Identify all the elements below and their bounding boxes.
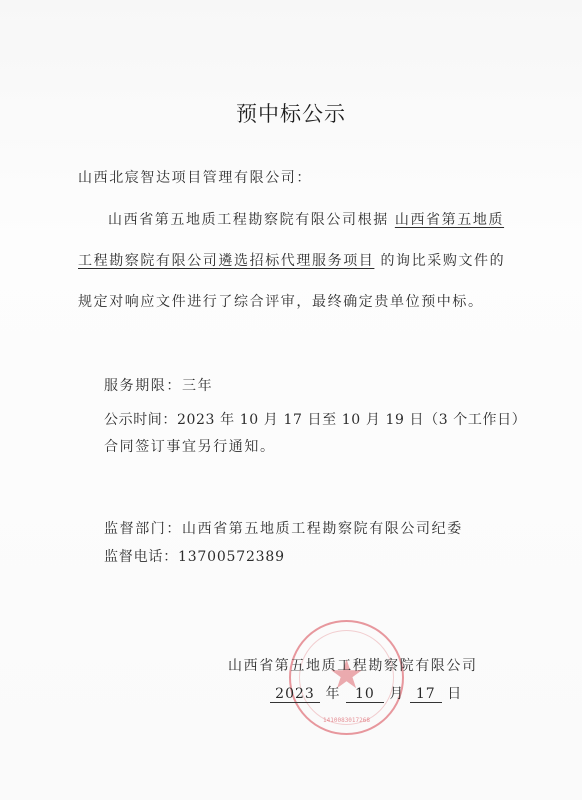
- body-line-1: 山西省第五地质工程勘察院有限公司根据 山西省第五地质: [108, 209, 504, 229]
- body-line-2-suffix: 的询比采购文件的: [374, 253, 505, 269]
- signature-date: 2023 年 10 月 17 日: [270, 683, 462, 703]
- supervision-phone: 监督电话：13700572389: [104, 546, 285, 566]
- date-year-unit: 年: [325, 686, 340, 702]
- date-month-unit: 月: [389, 686, 404, 702]
- official-seal-stamp: ★ 1410083017268: [289, 620, 404, 735]
- date-month: 10: [346, 686, 384, 703]
- document-title: 预中标公示: [0, 98, 582, 128]
- project-name-part-2: 工程勘察院有限公司遴选招标代理服务项目: [78, 253, 374, 269]
- body-line-3: 规定对响应文件进行了综合评审，最终确定贵单位预中标。: [78, 291, 484, 311]
- publicity-time: 公示时间：2023 年 10 月 17 日至 10 月 19 日（3 个工作日）: [104, 409, 526, 429]
- contract-note: 合同签订事宜另行通知。: [104, 436, 276, 456]
- date-year: 2023: [270, 686, 320, 703]
- date-day: 17: [410, 686, 442, 703]
- supervision-department: 监督部门：山西省第五地质工程勘察院有限公司纪委: [104, 518, 463, 538]
- body-line-1-prefix: 山西省第五地质工程勘察院有限公司根据: [108, 212, 395, 228]
- document-page: 预中标公示 山西北宸智达项目管理有限公司： 山西省第五地质工程勘察院有限公司根据…: [0, 0, 582, 800]
- project-name-part-1: 山西省第五地质: [395, 212, 504, 228]
- body-line-2: 工程勘察院有限公司遴选招标代理服务项目 的询比采购文件的: [78, 250, 505, 270]
- recipient: 山西北宸智达项目管理有限公司：: [78, 167, 312, 187]
- signature-organization: 山西省第五地质工程勘察院有限公司: [228, 655, 478, 675]
- date-day-unit: 日: [447, 686, 462, 702]
- seal-code: 1410083017268: [291, 717, 402, 724]
- service-period: 服务期限：三年: [104, 375, 213, 395]
